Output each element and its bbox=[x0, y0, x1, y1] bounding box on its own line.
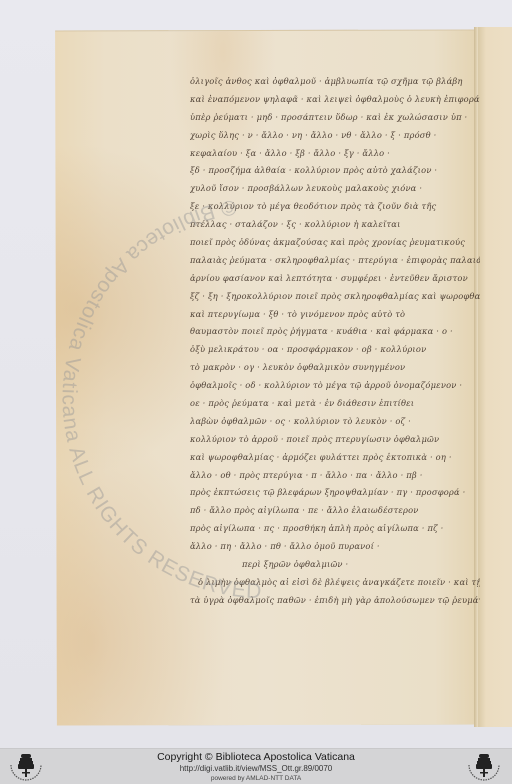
manuscript-line: καὶ ψωροφθαλμίας · ἁρμόζει φυλάττει πρὸς… bbox=[190, 449, 480, 467]
manuscript-line: λαβὼν ὀφθαλμῶν · ος · κολλύριον τὸ λευκὸ… bbox=[190, 413, 480, 431]
manuscript-line: ἄλλο · πη · ἄλλο · πθ · ἄλλο ὁμοῦ πυρανο… bbox=[190, 538, 480, 556]
manuscript-line: κολλύριον τὸ ἀρροῦ · ποιεῖ πρὸς πτερυγίω… bbox=[190, 431, 480, 449]
manuscript-line: καὶ ἐναπόμενον ψηλαφᾶ · καὶ λειψεὶ ὀφθαλ… bbox=[190, 91, 480, 109]
manuscript-line: ἀρνίου φασίανον καὶ λεπτότητα · συμφέρει… bbox=[190, 270, 480, 288]
manuscript-line: ξε · κολλύριον τὸ μέγα θεοδότιον πρὸς τὰ… bbox=[190, 198, 480, 216]
manuscript-line: ποιεῖ πρὸς ὀδύνας ἀκμαζούσας καὶ πρὸς χρ… bbox=[190, 234, 480, 252]
handwritten-greek-text: ὀλιγοῖς ἀνθος καὶ ὀφθαλμοῦ · ἀμβλυωπία τ… bbox=[190, 73, 480, 610]
manuscript-line: περὶ ξηρῶν ὀφθαλμιῶν · bbox=[190, 556, 480, 574]
facing-page-edge bbox=[478, 27, 512, 727]
manuscript-line: πρὸς ἐκπτώσεις τῷ βλεφάρων ξηροψθαλμίαν … bbox=[190, 484, 480, 502]
manuscript-line: καὶ πτερυγίωμα · ξθ · τὸ γινόμενον πρὸς … bbox=[190, 306, 480, 324]
manuscript-line: ἄλλο · οθ · πρὸς πτερύγια · π · ἄλλο · π… bbox=[190, 467, 480, 485]
manuscript-line: ὀφθαλμοῖς · οδ · κολλύριον τὸ μέγα τῷ ἀρ… bbox=[190, 377, 480, 395]
manuscript-line: οε · πρὸς ῥεύματα · καὶ μετὰ · ἐν διάθεσ… bbox=[190, 395, 480, 413]
vatican-library-logo-icon bbox=[464, 751, 504, 783]
manuscript-line: ξζ · ξη · ξηροκολλύριον ποιεῖ πρὸς σκληρ… bbox=[190, 288, 480, 306]
manuscript-line: παλαιὰς ῥεύματα · σκληροφθαλμίας · πτερύ… bbox=[190, 252, 480, 270]
manuscript-url[interactable]: http://digi.vatlib.it/view/MSS_Ott.gr.89… bbox=[0, 764, 512, 773]
manuscript-line: τὸ μακρὸν · ογ · λευκὸν ὀφθαλμικὸν συνηγ… bbox=[190, 359, 480, 377]
manuscript-line: κεφαλαίου · ξα · ἄλλο · ξβ · ἄλλο · ξγ ·… bbox=[190, 145, 480, 163]
manuscript-line: χωρὶς ὕλης · ν · ἄλλο · νη · ἄλλο · νθ ·… bbox=[190, 127, 480, 145]
manuscript-line: τὰ ὑγρὰ ὀφθαλμοῖς παθῶν · ἐπιδὴ μὴ γὰρ ἀ… bbox=[190, 592, 480, 610]
manuscript-line: ὀλιγοῖς ἀνθος καὶ ὀφθαλμοῦ · ἀμβλυωπία τ… bbox=[190, 73, 480, 91]
manuscript-line: θαυμαστὸν ποιεῖ πρὸς ῥήγματα · κυάθια · … bbox=[190, 323, 480, 341]
manuscript-line: πρὸς αἰγίλωπα · πς · προσθήκη ἁπλὴ πρὸς … bbox=[190, 520, 480, 538]
manuscript-line: πτέλλας · σταλάζον · ξς · κολλύριον ἡ κα… bbox=[190, 216, 480, 234]
powered-by: powered by AMLAD-NTT DATA bbox=[0, 775, 512, 782]
manuscript-line: ὁ λιμὴν ὀφθαλμὸς αἱ εἰσὶ δὲ βλέψεις ἀναγ… bbox=[190, 574, 480, 592]
viewer-footer: Copyright © Biblioteca Apostolica Vatica… bbox=[0, 748, 512, 784]
manuscript-line: ὑπὲρ ῥεύματι · μηδ · προσάπτειν ὕδωρ · κ… bbox=[190, 109, 480, 127]
manuscript-scan-area: ὀλιγοῖς ἀνθος καὶ ὀφθαλμοῦ · ἀμβλυωπία τ… bbox=[0, 0, 512, 748]
manuscript-line: ὀξὺ μελικράτου · οα · προσφάρμακον · οβ … bbox=[190, 341, 480, 359]
manuscript-line: ξδ · προσζήμα ἀλθαία · κολλύριον πρὸς αὐ… bbox=[190, 162, 480, 180]
manuscript-line: πδ · ἄλλο πρὸς αἰγίλωπα · πε · ἄλλο ἐλαι… bbox=[190, 502, 480, 520]
copyright-notice: Copyright © Biblioteca Apostolica Vatica… bbox=[0, 751, 512, 763]
manuscript-line: χυλοῦ ἴσον · προσβάλλων λευκοὺς μαλακοὺς… bbox=[190, 180, 480, 198]
